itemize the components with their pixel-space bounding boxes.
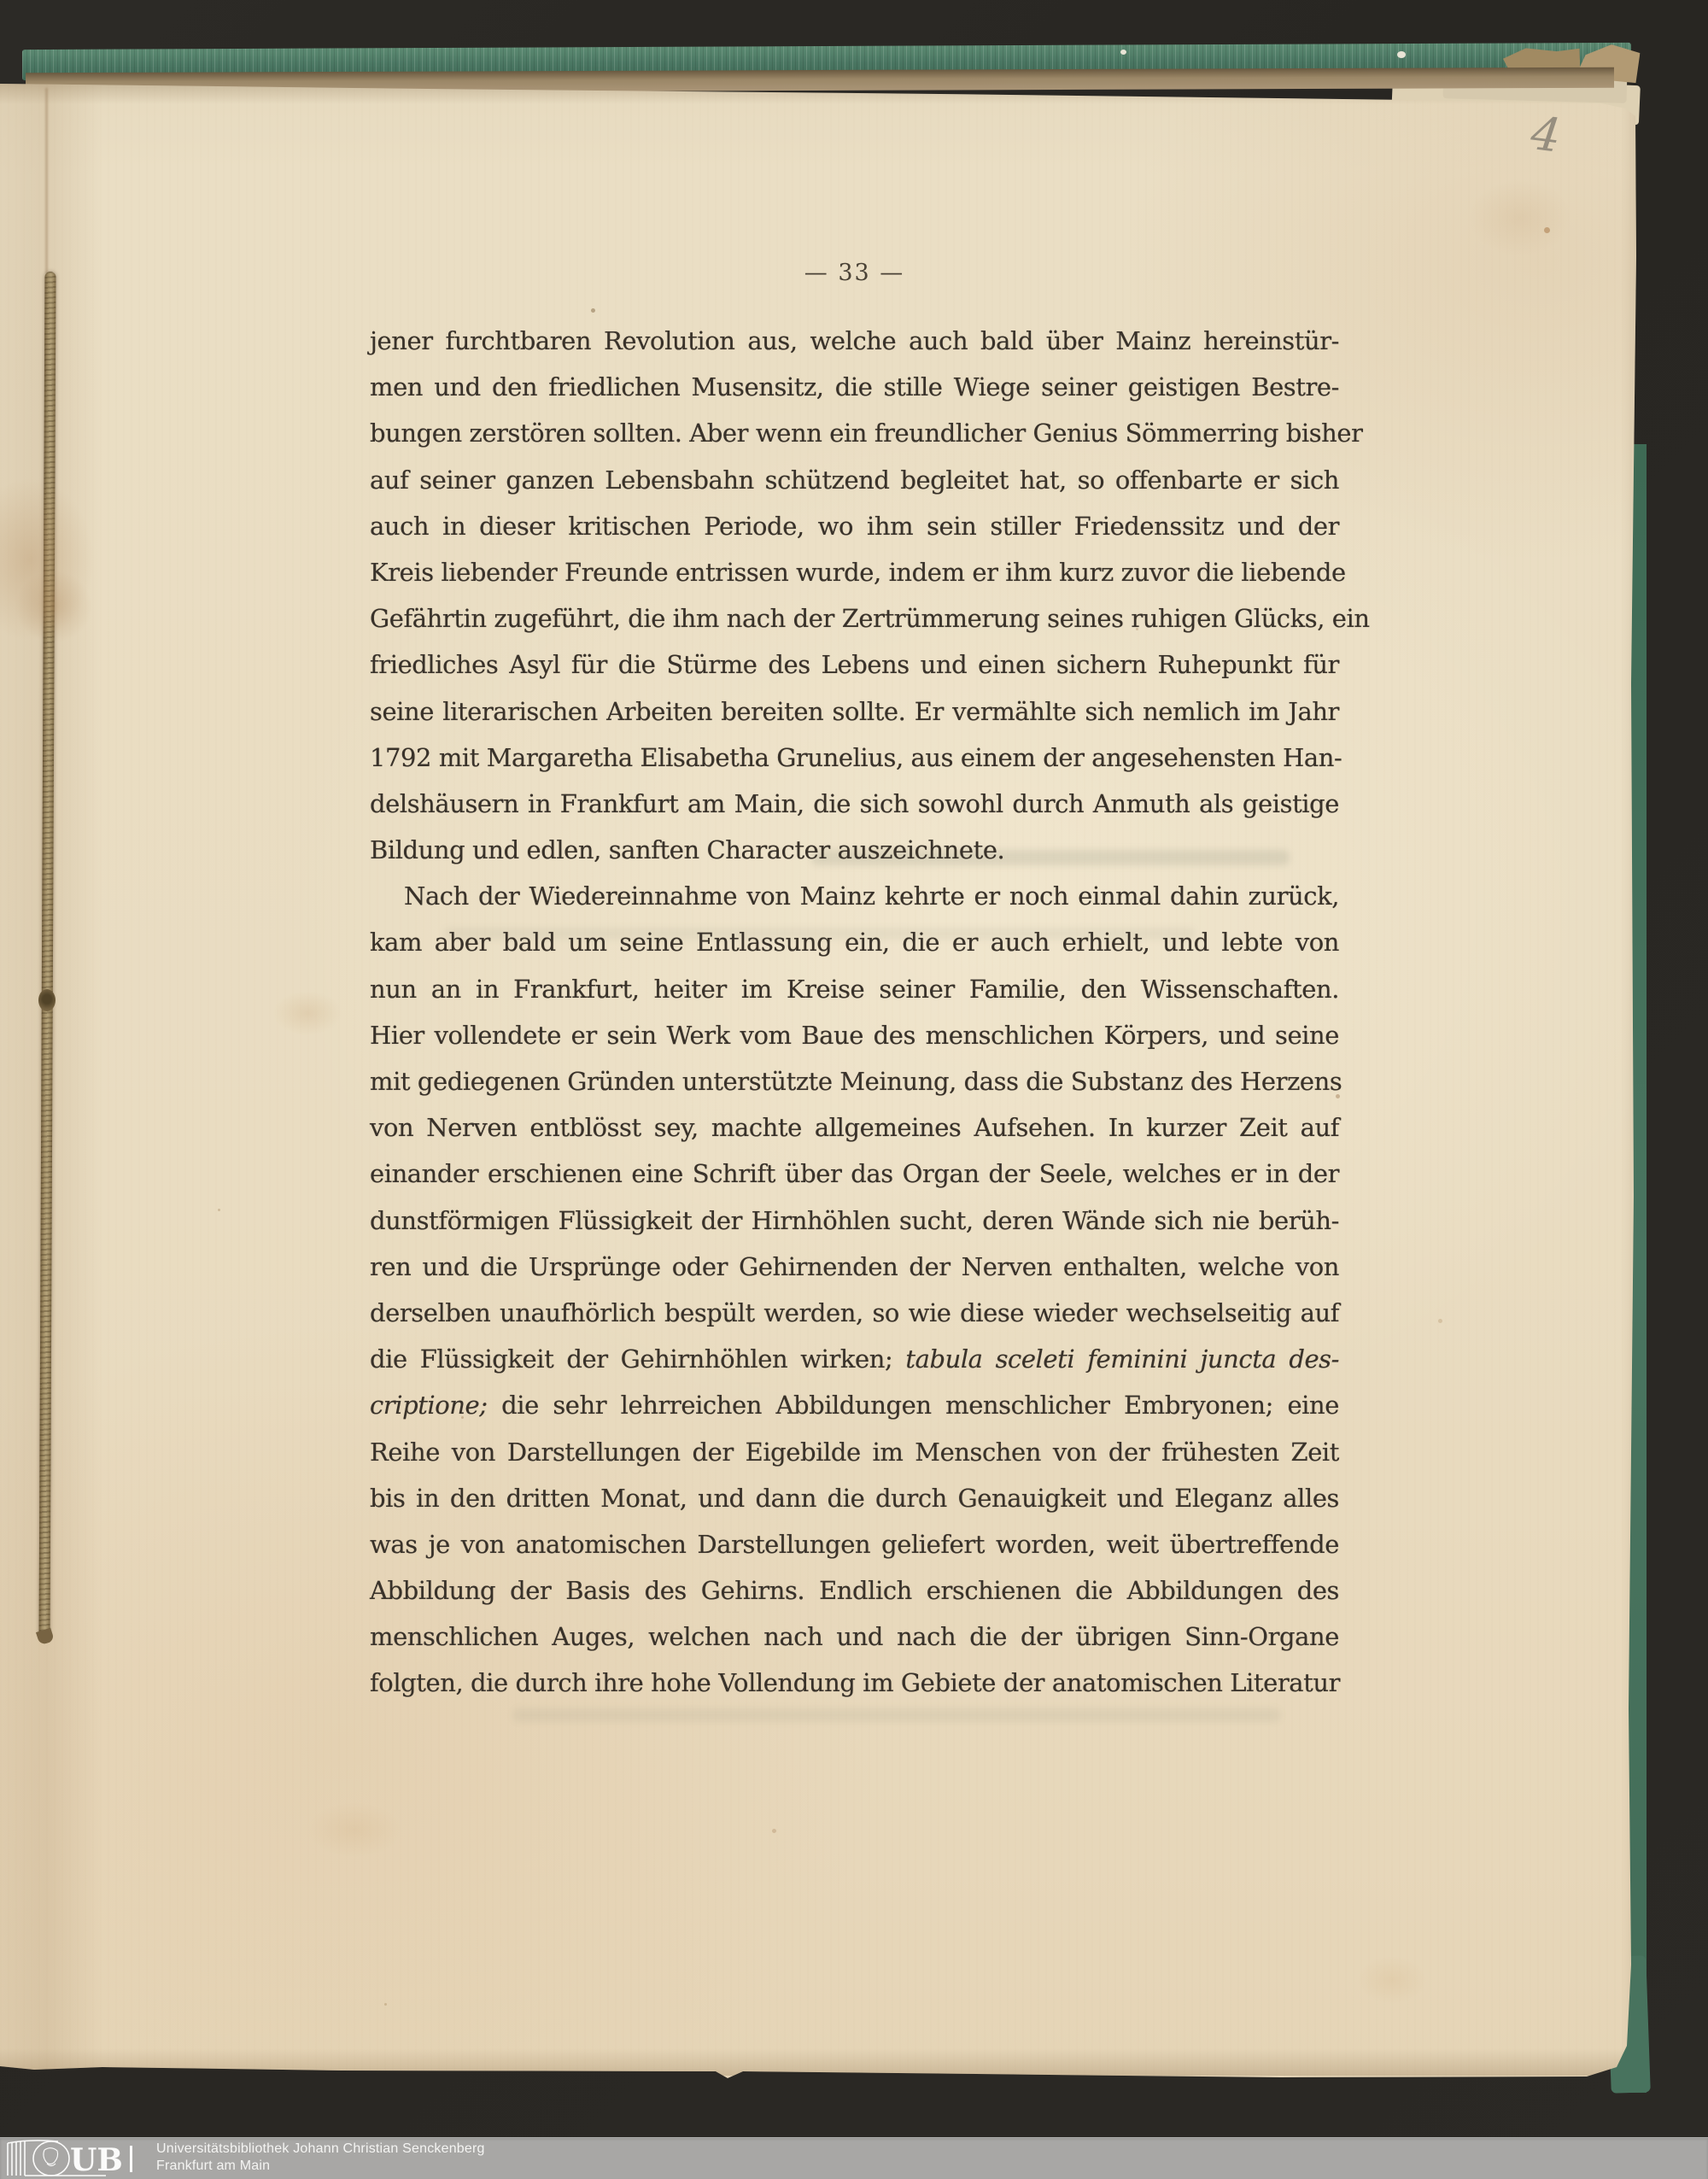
library-name-line2: Frankfurt am Main bbox=[156, 2158, 485, 2175]
text-line: die Flüssigkeit der Gehirnhöhlen wirken;… bbox=[370, 1336, 1339, 1382]
text-line: Reihe von Darstellungen der Eigebilde im… bbox=[370, 1429, 1339, 1475]
scan-canvas: 4 — 33 — jener furchtbaren Revolution au… bbox=[0, 0, 1708, 2179]
text-line: von Nerven entblösst sey, machte allgeme… bbox=[370, 1104, 1339, 1151]
stain bbox=[15, 571, 92, 642]
text-line: auch in dieser kritischen Periode, wo ih… bbox=[370, 503, 1339, 549]
text-line: Nach der Wiedereinnahme von Mainz kehrte… bbox=[370, 873, 1339, 919]
ub-logo-label: UB bbox=[70, 2142, 123, 2178]
text-line: dunstförmigen Flüssigkeit der Hirnhöhlen… bbox=[370, 1198, 1339, 1244]
cover-chip bbox=[1397, 51, 1406, 58]
text-line: 1792 mit Margaretha Elisabetha Grunelius… bbox=[370, 735, 1339, 781]
stain bbox=[1469, 179, 1571, 256]
stain bbox=[1358, 1956, 1426, 2004]
paper-specks bbox=[0, 0, 3, 3]
text-line: einander erschienen eine Schrift über da… bbox=[370, 1151, 1339, 1197]
text-line: delshäusern in Frankfurt am Main, die si… bbox=[370, 781, 1339, 827]
text-line: jener furchtbaren Revolution aus, welche… bbox=[370, 318, 1339, 364]
text-line: seine literarischen Arbeiten bereiten so… bbox=[370, 688, 1339, 735]
stain bbox=[307, 1802, 401, 1857]
text-line: folgten, die durch ihre hohe Vollendung … bbox=[370, 1660, 1339, 1706]
text-line: Gefährtin zugeführt, die ihm nach der Ze… bbox=[370, 595, 1339, 641]
text-line: men und den friedlichen Musensitz, die s… bbox=[370, 364, 1339, 410]
ub-logo: UB bbox=[5, 2138, 152, 2178]
text-line: derselben unaufhörlich bespült werden, s… bbox=[370, 1290, 1339, 1336]
cover-chip bbox=[1120, 50, 1126, 55]
text-line: Bildung und edlen, sanften Character aus… bbox=[370, 827, 1339, 873]
page-number: — 33 — bbox=[370, 260, 1339, 286]
text-line: bis in den dritten Monat, und dann die d… bbox=[370, 1475, 1339, 1521]
text-line: Abbildung der Basis des Gehirns. Endlich… bbox=[370, 1567, 1339, 1614]
text-line: nun an in Frankfurt, heiter im Kreise se… bbox=[370, 966, 1339, 1012]
library-name-line1: Universitätsbibliothek Johann Christian … bbox=[156, 2141, 485, 2158]
text-line: auf seiner ganzen Lebensbahn schützend b… bbox=[370, 457, 1339, 503]
text-line: Kreis liebender Freunde entrissen wurde,… bbox=[370, 549, 1339, 595]
text-line: Hier vollendete er sein Werk vom Baue de… bbox=[370, 1012, 1339, 1058]
text-block: jener furchtbaren Revolution aus, welche… bbox=[370, 318, 1339, 1707]
text-line: ren und die Ursprünge oder Gehirnenden d… bbox=[370, 1244, 1339, 1290]
text-line: menschlichen Auges, welchen nach und nac… bbox=[370, 1614, 1339, 1660]
text-line: kam aber bald um seine Entlassung ein, d… bbox=[370, 919, 1339, 965]
show-through bbox=[512, 1708, 1281, 1722]
stain bbox=[273, 991, 342, 1035]
portrait-icon bbox=[33, 2141, 69, 2176]
binding-crease bbox=[45, 88, 48, 274]
text-line: friedliches Asyl für die Stürme des Lebe… bbox=[370, 641, 1339, 688]
library-name: Universitätsbibliothek Johann Christian … bbox=[156, 2141, 485, 2175]
text-line: was je von anatomischen Darstellungen ge… bbox=[370, 1521, 1339, 1567]
text-line: mit gediegenen Gründen unterstützte Mein… bbox=[370, 1058, 1339, 1104]
text-line: criptione; die sehr lehrreichen Abbildun… bbox=[370, 1382, 1339, 1428]
page-shading bbox=[0, 2048, 1631, 2076]
binding-knot bbox=[38, 989, 56, 1011]
text-line: bungen zerstören sollten. Aber wenn ein … bbox=[370, 410, 1339, 456]
book-page: 4 — 33 — jener furchtbaren Revolution au… bbox=[0, 0, 1708, 2179]
